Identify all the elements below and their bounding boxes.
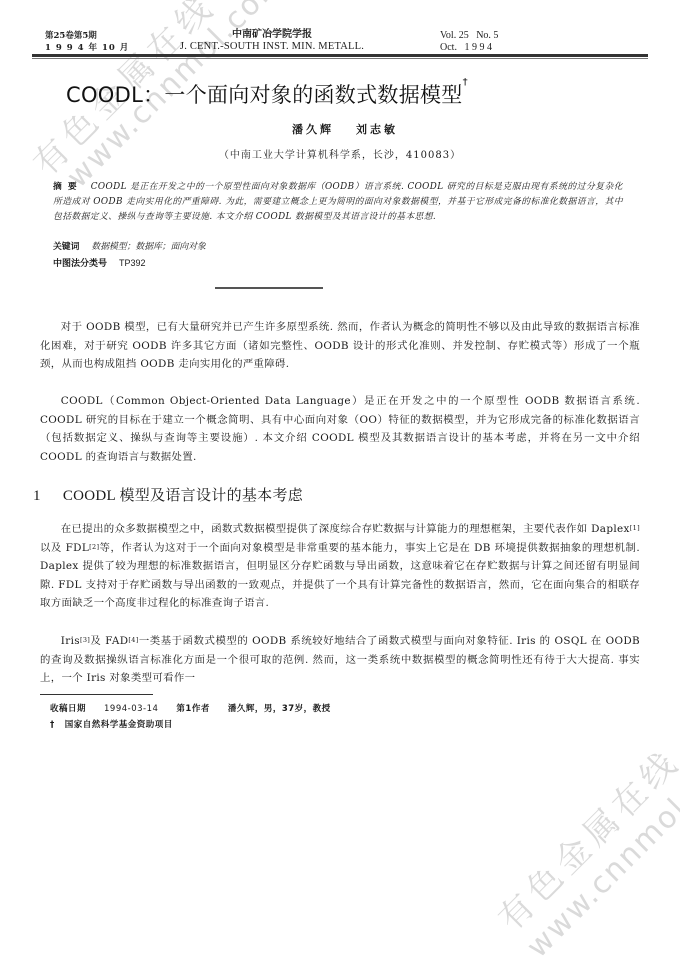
- watermark-url-bottom: www.cnnmol.com: [520, 733, 680, 961]
- author-list: 潘久辉刘志敏: [0, 121, 680, 137]
- volume-issue-en: Vol. 25 No. 5: [440, 30, 498, 42]
- header-rule: [32, 54, 648, 57]
- section-1-paragraph-1: 在已提出的众多数据模型之中，函数式数据模型提供了深度综合存贮数据与计算能力的理想…: [40, 520, 640, 613]
- section-1-paragraph-2: Iris[3]及 FAD[4]一类基于函数式模型的 OODB 系统较好地结合了函…: [40, 632, 640, 688]
- citation-3[interactable]: [3]: [80, 636, 90, 644]
- volume-issue-cn: 第25卷第5期: [45, 30, 129, 42]
- abstract: 摘要COODL 是正在开发之中的一个原型性面向对象数据库（OODB）语言系统. …: [53, 180, 623, 226]
- abstract-separator: [215, 287, 323, 289]
- date-en: Oct. 1 9 9 4: [440, 42, 498, 54]
- text-run: 在已提出的众多数据模型之中，函数式数据模型提供了深度综合存贮数据与计算能力的理想…: [61, 523, 630, 535]
- citation-4[interactable]: [4]: [128, 636, 138, 644]
- text-run: 以及 FDL: [40, 542, 89, 554]
- section-heading: 1COODL 模型及语言设计的基本考虑: [33, 484, 303, 505]
- paragraph-text: 在已提出的众多数据模型之中，函数式数据模型提供了深度综合存贮数据与计算能力的理想…: [40, 520, 640, 613]
- affiliation: （中南工业大学计算机科学系，长沙，410083）: [0, 146, 680, 161]
- section-number: 1: [33, 488, 41, 504]
- journal-volume-en: Vol. 25 No. 5 Oct. 1 9 9 4: [440, 30, 498, 54]
- keywords-value: 数据模型；数据库；面向对象: [91, 242, 205, 252]
- header-rule-thin: [32, 58, 648, 59]
- keywords-label: 关键词: [53, 242, 79, 252]
- footnote-received: 收稿日期1994-03-14第1作者潘久辉，男，37岁，教授: [50, 703, 349, 715]
- date-cn: 1 9 9 4 年 10 月: [45, 42, 129, 54]
- text-run: 及 FAD: [90, 635, 128, 647]
- first-author-label: 第1作者: [176, 704, 209, 714]
- paragraph-text: Iris[3]及 FAD[4]一类基于函数式模型的 OODB 系统较好地结合了函…: [40, 632, 640, 688]
- intro-paragraph-1: 对于 OODB 模型，已有大量研究并已产生许多原型系统. 然而，作者认为概念的简…: [40, 318, 640, 374]
- citation-2[interactable]: [2]: [89, 543, 99, 551]
- text-run: 等，作者认为这对于一个面向对象模型是非常重要的基本能力，事实上它是在 DB 环境…: [40, 542, 640, 610]
- paragraph-text: COODL（Common Object-Oriented Data Langua…: [40, 392, 640, 466]
- clc-label: 中图法分类号: [53, 259, 107, 269]
- paragraph-text: 对于 OODB 模型，已有大量研究并已产生许多原型系统. 然而，作者认为概念的简…: [40, 318, 640, 374]
- author-1: 潘久辉: [292, 123, 334, 136]
- received-label: 收稿日期: [50, 704, 86, 714]
- received-date: 1994-03-14: [104, 704, 158, 714]
- paper-title: COODL：一个面向对象的函数式数据模型†: [66, 79, 468, 109]
- paper-title-text: COODL：一个面向对象的函数式数据模型: [66, 83, 463, 107]
- text-run: Iris: [61, 635, 80, 647]
- keywords: 关键词数据模型；数据库；面向对象: [53, 240, 206, 254]
- footnote-rule: [40, 694, 153, 695]
- first-author-info: 潘久辉，男，37岁，教授: [228, 704, 331, 714]
- journal-name-cn: 中南矿冶学院学报: [172, 29, 372, 41]
- intro-paragraph-2: COODL（Common Object-Oriented Data Langua…: [40, 392, 640, 466]
- author-2: 刘志敏: [356, 123, 398, 136]
- journal-issue-info: 第25卷第5期 1 9 9 4 年 10 月: [45, 30, 129, 54]
- funding-marker: †: [463, 77, 468, 88]
- abstract-label: 摘要: [53, 182, 83, 192]
- journal-name: 中南矿冶学院学报 J. CENT.-SOUTH INST. MIN. METAL…: [172, 29, 372, 53]
- funding-marker: †: [50, 720, 55, 730]
- funding-text: 国家自然科学基金资助项目: [65, 720, 173, 730]
- section-title: COODL 模型及语言设计的基本考虑: [63, 488, 303, 504]
- watermark-cn-bottom: 有色金属在线: [485, 735, 680, 939]
- journal-name-en: J. CENT.-SOUTH INST. MIN. METALL.: [172, 41, 372, 53]
- footnote-funding: †国家自然科学基金资助项目: [50, 719, 173, 731]
- classification-number: 中图法分类号TP392: [53, 256, 146, 271]
- clc-value: TP392: [119, 258, 146, 268]
- abstract-text: COODL 是正在开发之中的一个原型性面向对象数据库（OODB）语言系统. CO…: [53, 182, 623, 222]
- citation-1[interactable]: [1]: [630, 524, 640, 532]
